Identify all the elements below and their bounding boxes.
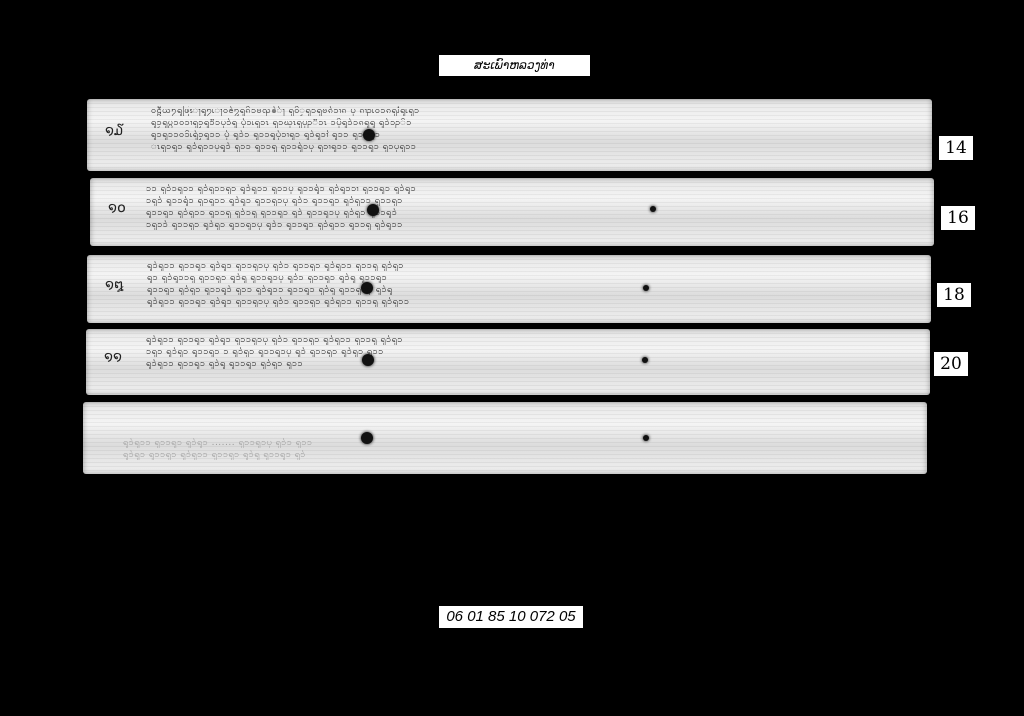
leaf-text: ဝဠဵယ႒ၡဖြၭႃၡ႒ၬႃဝၔၲ႒ၟၡၵၳၥဗၺၜၲ်ႃ ၡဝၳၟၡၥၡဗၵၲ… bbox=[151, 106, 921, 154]
manuscript-title-label: ສະເພົາຫລວງທ່າ bbox=[439, 55, 590, 76]
text-line: ၡၥၟၡ႘ၥဝၥၢၡၥၟၡၥၱၥၦၥၲၡ ၦၲၥၬၡၥၤ ၡၥၰၤၡၦၣၱၥၤ … bbox=[151, 118, 921, 128]
leaf-number: ໑໑ bbox=[104, 349, 122, 365]
leaf-text: ၡၥၲၡၥၥ ၡၥၥၡၥ ၡၥၲၡၥ ၡၥၥၡၥၦ ၡၥၲၥ ၡၥၥၡၥ ၡၥၲ… bbox=[147, 261, 927, 309]
binding-hole bbox=[643, 435, 649, 441]
page-label-20: 20 bbox=[934, 352, 968, 376]
text-line: ၤၡၥၡၥ ၡၥၲၡၥၥၦၡၥၲ ၡၥၥ ၡၥၥၡ ၡၥၥၡၲၥၦ ၡၥၢၡၥၥ… bbox=[151, 142, 921, 152]
page-label-14: 14 bbox=[939, 136, 973, 160]
palm-leaf-2: ໑໐ ၥၥ ၡၥၲၥၡၥၥ ၡၥၲၡၥၥၡၥ ၡၥၲၡၥၥ ၡၥၥၦ ၡၥၥၡၲ… bbox=[90, 178, 934, 246]
text-line: ၡၥၥၡၥ ၡၥၲၡၥ ၡၥၥၡၥၲ ၡၥၥ ၡၥၲၡၥၥ ၡၥၥၡၥ ၡၥၲၡ… bbox=[147, 285, 927, 295]
text-line: ၡၥၲၡၥ ၡၥၥၡၥ ၡၥၲၡၥၥ ၡၥၥၡၥ ၡၥၲၡ ၡၥၥၡၥ ၡၥၲ bbox=[123, 450, 643, 460]
text-line: ၥၡၥၥၲ ၡၥၥၡၥ ၡၥၲၡၥ ၡၥၥၡၥၦ ၡၥၲၥ ၡၥၥၡၥ ၡၥၲၡ… bbox=[146, 220, 926, 230]
text-line: ၥၡၥၲ ၡၥၥၡၲၥ ၡၥၡၥၥ ၡၥၲၡၥ ၡၥၥၡၥၦ ၡၥၲၥ ၡၥၥၡ… bbox=[146, 196, 926, 206]
text-line: ၥၥ ၡၥၲၥၡၥၥ ၡၥၲၡၥၥၡၥ ၡၥၲၡၥၥ ၡၥၥၦ ၡၥၥၡၲၥ ၡ… bbox=[146, 184, 926, 194]
text-line: ၥၡၥ ၡၥၲၡၥ ၡၥၥၡၥ ၥ ၡၥၲၡၥ ၡၥၥၡၥၦ ၡၥၲ ၡၥၥၡၥ… bbox=[146, 347, 926, 357]
text-line: ၡၥၡ၁ၥဝၥၳၬၡၲၥၟၡၥၥ ၦၲ ၡၥၲၥ ၡၥၥၡၦၲၥၢၡၥ ၡၥၲၡ… bbox=[151, 130, 921, 140]
text-line: ၡၥၲၡၥၥ ၡၥၥၡၥ ၡၥၲၡ ၡၥၥၡၥ ၡၥၲၡၥ ၡၥၥ bbox=[146, 359, 926, 369]
leaf-text: ၡၥၲၡၥၥ ၡၥၥၡၥ ၡၥၲၡၥ ၡၥၥၡၥၦ ၡၥၲၥ ၡၥၥၡၥ ၡၥၲ… bbox=[146, 335, 926, 371]
leaf-number: ໑໓ bbox=[105, 123, 123, 139]
text-line: ၡၥၲၡၥၥ ၡၥၥၡၥ ၡၥၲၡၥ ၡၥၥၡၥၦ ၡၥၲၥ ၡၥၥၡၥ ၡၥၲ… bbox=[147, 261, 927, 271]
leaf-text: ၡၥၲၡၥၥ ၡၥၥၡၥ ၡၥၲၡၥ ....... ၡၥၥၡၥၦ ၡၥၲၥ ၡ… bbox=[123, 438, 643, 462]
leaf-number: ໑໘ bbox=[105, 277, 123, 293]
page-label-16: 16 bbox=[941, 206, 975, 230]
text-line: ၡၥၲၡၥၥ ၡၥၥၡၥ ၡၥၲၡၥ ၡၥၥၡၥၦ ၡၥၲၥ ၡၥၥၡၥ ၡၥၲ… bbox=[146, 335, 926, 345]
text-line: ဝဠဵယ႒ၡဖြၭႃၡ႒ၬႃဝၔၲ႒ၟၡၵၳၥဗၺၜၲ်ႃ ၡဝၳၟၡၥၡဗၵၲ… bbox=[151, 106, 921, 116]
text-line: ၡၥၲၡၥၥ ၡၥၥၡၥ ၡၥၲၡၥ ....... ၡၥၥၡၥၦ ၡၥၲၥ ၡ… bbox=[123, 438, 643, 448]
palm-leaf-4: ໑໑ ၡၥၲၡၥၥ ၡၥၥၡၥ ၡၥၲၡၥ ၡၥၥၡၥၦ ၡၥၲၥ ၡၥၥၡၥ … bbox=[86, 329, 930, 395]
page-label-18: 18 bbox=[937, 283, 971, 307]
palm-leaf-1: ໑໓ ဝဠဵယ႒ၡဖြၭႃၡ႒ၬႃဝၔၲ႒ၟၡၵၳၥဗၺၜၲ်ႃ ၡဝၳၟၡၥၡ… bbox=[87, 99, 932, 171]
text-line: ၡၥၥၡၥ ၡၥၲၡၥၥ ၡၥၥၡ ၡၥၲၥၡ ၡၥၥၡၥ ၡၥၲ ၡၥၥၡၥၦ… bbox=[146, 208, 926, 218]
leaf-number: ໑໐ bbox=[108, 200, 126, 216]
archive-id-label: 06 01 85 10 072 05 bbox=[439, 606, 583, 628]
leaf-text: ၥၥ ၡၥၲၥၡၥၥ ၡၥၲၡၥၥၡၥ ၡၥၲၡၥၥ ၡၥၥၦ ၡၥၥၡၲၥ ၡ… bbox=[146, 184, 926, 232]
palm-leaf-3: ໑໘ ၡၥၲၡၥၥ ၡၥၥၡၥ ၡၥၲၡၥ ၡၥၥၡၥၦ ၡၥၲၥ ၡၥၥၡၥ … bbox=[87, 255, 931, 323]
text-line: ၡၥ ၡၥၲၡၥၥၡ ၡၥၥၡၥ ၡၥၲၡ ၡၥၥၡၥၦ ၡၥၲၥ ၡၥၥၡၥ … bbox=[147, 273, 927, 283]
text-line: ၡၥၲၡၥၥ ၡၥၥၡၥ ၡၥၲၡၥ ၡၥၥၡၥၦ ၡၥၲၥ ၡၥၥၡၥ ၡၥၲ… bbox=[147, 297, 927, 307]
palm-leaf-5: ၡၥၲၡၥၥ ၡၥၥၡၥ ၡၥၲၡၥ ....... ၡၥၥၡၥၦ ၡၥၲၥ ၡ… bbox=[83, 402, 927, 474]
